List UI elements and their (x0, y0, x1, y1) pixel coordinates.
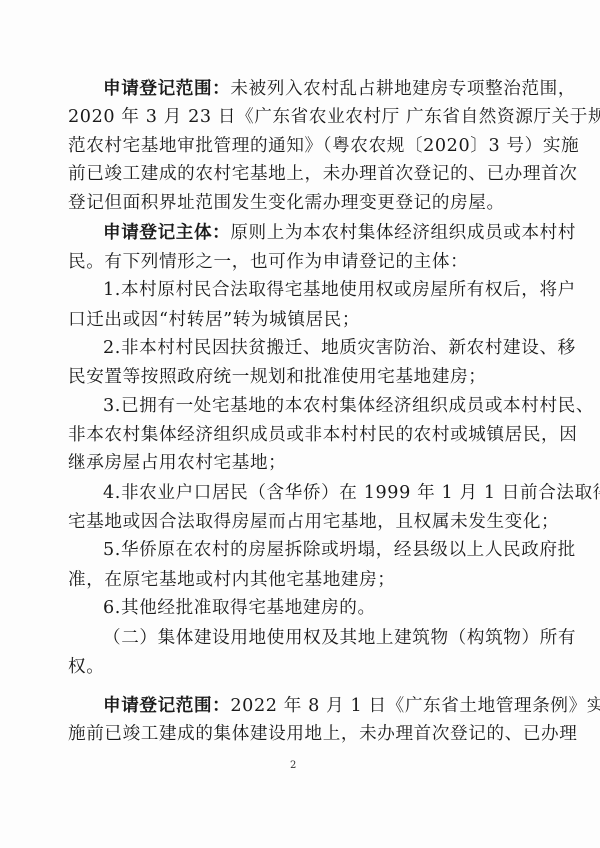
text-line: 继承房屋占用农村宅基地； (68, 452, 520, 474)
list-item: 1.本村原村民合法取得宅基地使用权或房屋所有权后，将户 (103, 279, 520, 301)
text-line: 申请登记主体：原则上为本农村集体经济组织成员或本村村 (103, 222, 520, 244)
section-lead-label: 申请登记范围： (103, 695, 230, 716)
text-line: 范农村宅基地审批管理的通知》（粤农农规〔2020〕3 号）实施 (68, 135, 520, 157)
list-item: 4.非农业户口居民（含华侨）在 1999 年 1 月 1 日前合法取得 (103, 482, 520, 504)
text-line: 2020 年 3 月 23 日《广东省农业农村厅 广东省自然资源厅关于规 (68, 106, 520, 128)
text-line: 宅基地或因合法取得房屋而占用宅基地，且权属未发生变化； (68, 511, 520, 533)
text-line: 前已竣工建成的农村宅基地上，未办理首次登记的、已办理首次 (68, 163, 520, 185)
section-heading: （二）集体建设用地使用权及其地上建筑物（构筑物）所有 (103, 627, 520, 649)
text-line: 民。有下列情形之一，也可作为申请登记的主体： (68, 251, 520, 273)
text-line: 非本农村集体经济组织成员或非本村村民的农村或城镇居民，因 (68, 424, 520, 446)
page-number: 2 (290, 760, 296, 771)
list-item: 6.其他经批准取得宅基地建房的。 (103, 597, 520, 619)
text-line: 登记但面积界址范围发生变化需办理变更登记的房屋。 (68, 192, 520, 214)
list-item: 3.已拥有一处宅基地的本农村集体经济组织成员或本村村民、 (103, 395, 520, 417)
document-page: 申请登记范围：未被列入农村乱占耕地建房专项整治范围， 2020 年 3 月 23… (0, 0, 600, 848)
text-line: 施前已竣工建成的集体建设用地上，未办理首次登记的、已办理 (68, 723, 520, 745)
section-lead-label: 申请登记主体： (103, 222, 230, 243)
text-line: 申请登记范围：2022 年 8 月 1 日《广东省土地管理条例》实 (103, 695, 520, 717)
section-lead-label: 申请登记范围： (103, 78, 230, 99)
text-line: 权。 (68, 656, 520, 678)
text-line: 民安置等按照政府统一规划和批准使用宅基地建房； (68, 366, 520, 388)
text-line: 口迁出或因“村转居”转为城镇居民； (68, 309, 520, 331)
list-item: 5.华侨原在农村的房屋拆除或坍塌，经县级以上人民政府批 (103, 539, 520, 561)
text-line: 准，在原宅基地或村内其他宅基地建房； (68, 569, 520, 591)
list-item: 2.非本村村民因扶贫搬迁、地质灾害防治、新农村建设、移 (103, 337, 520, 359)
text-line: 申请登记范围：未被列入农村乱占耕地建房专项整治范围， (103, 78, 520, 100)
